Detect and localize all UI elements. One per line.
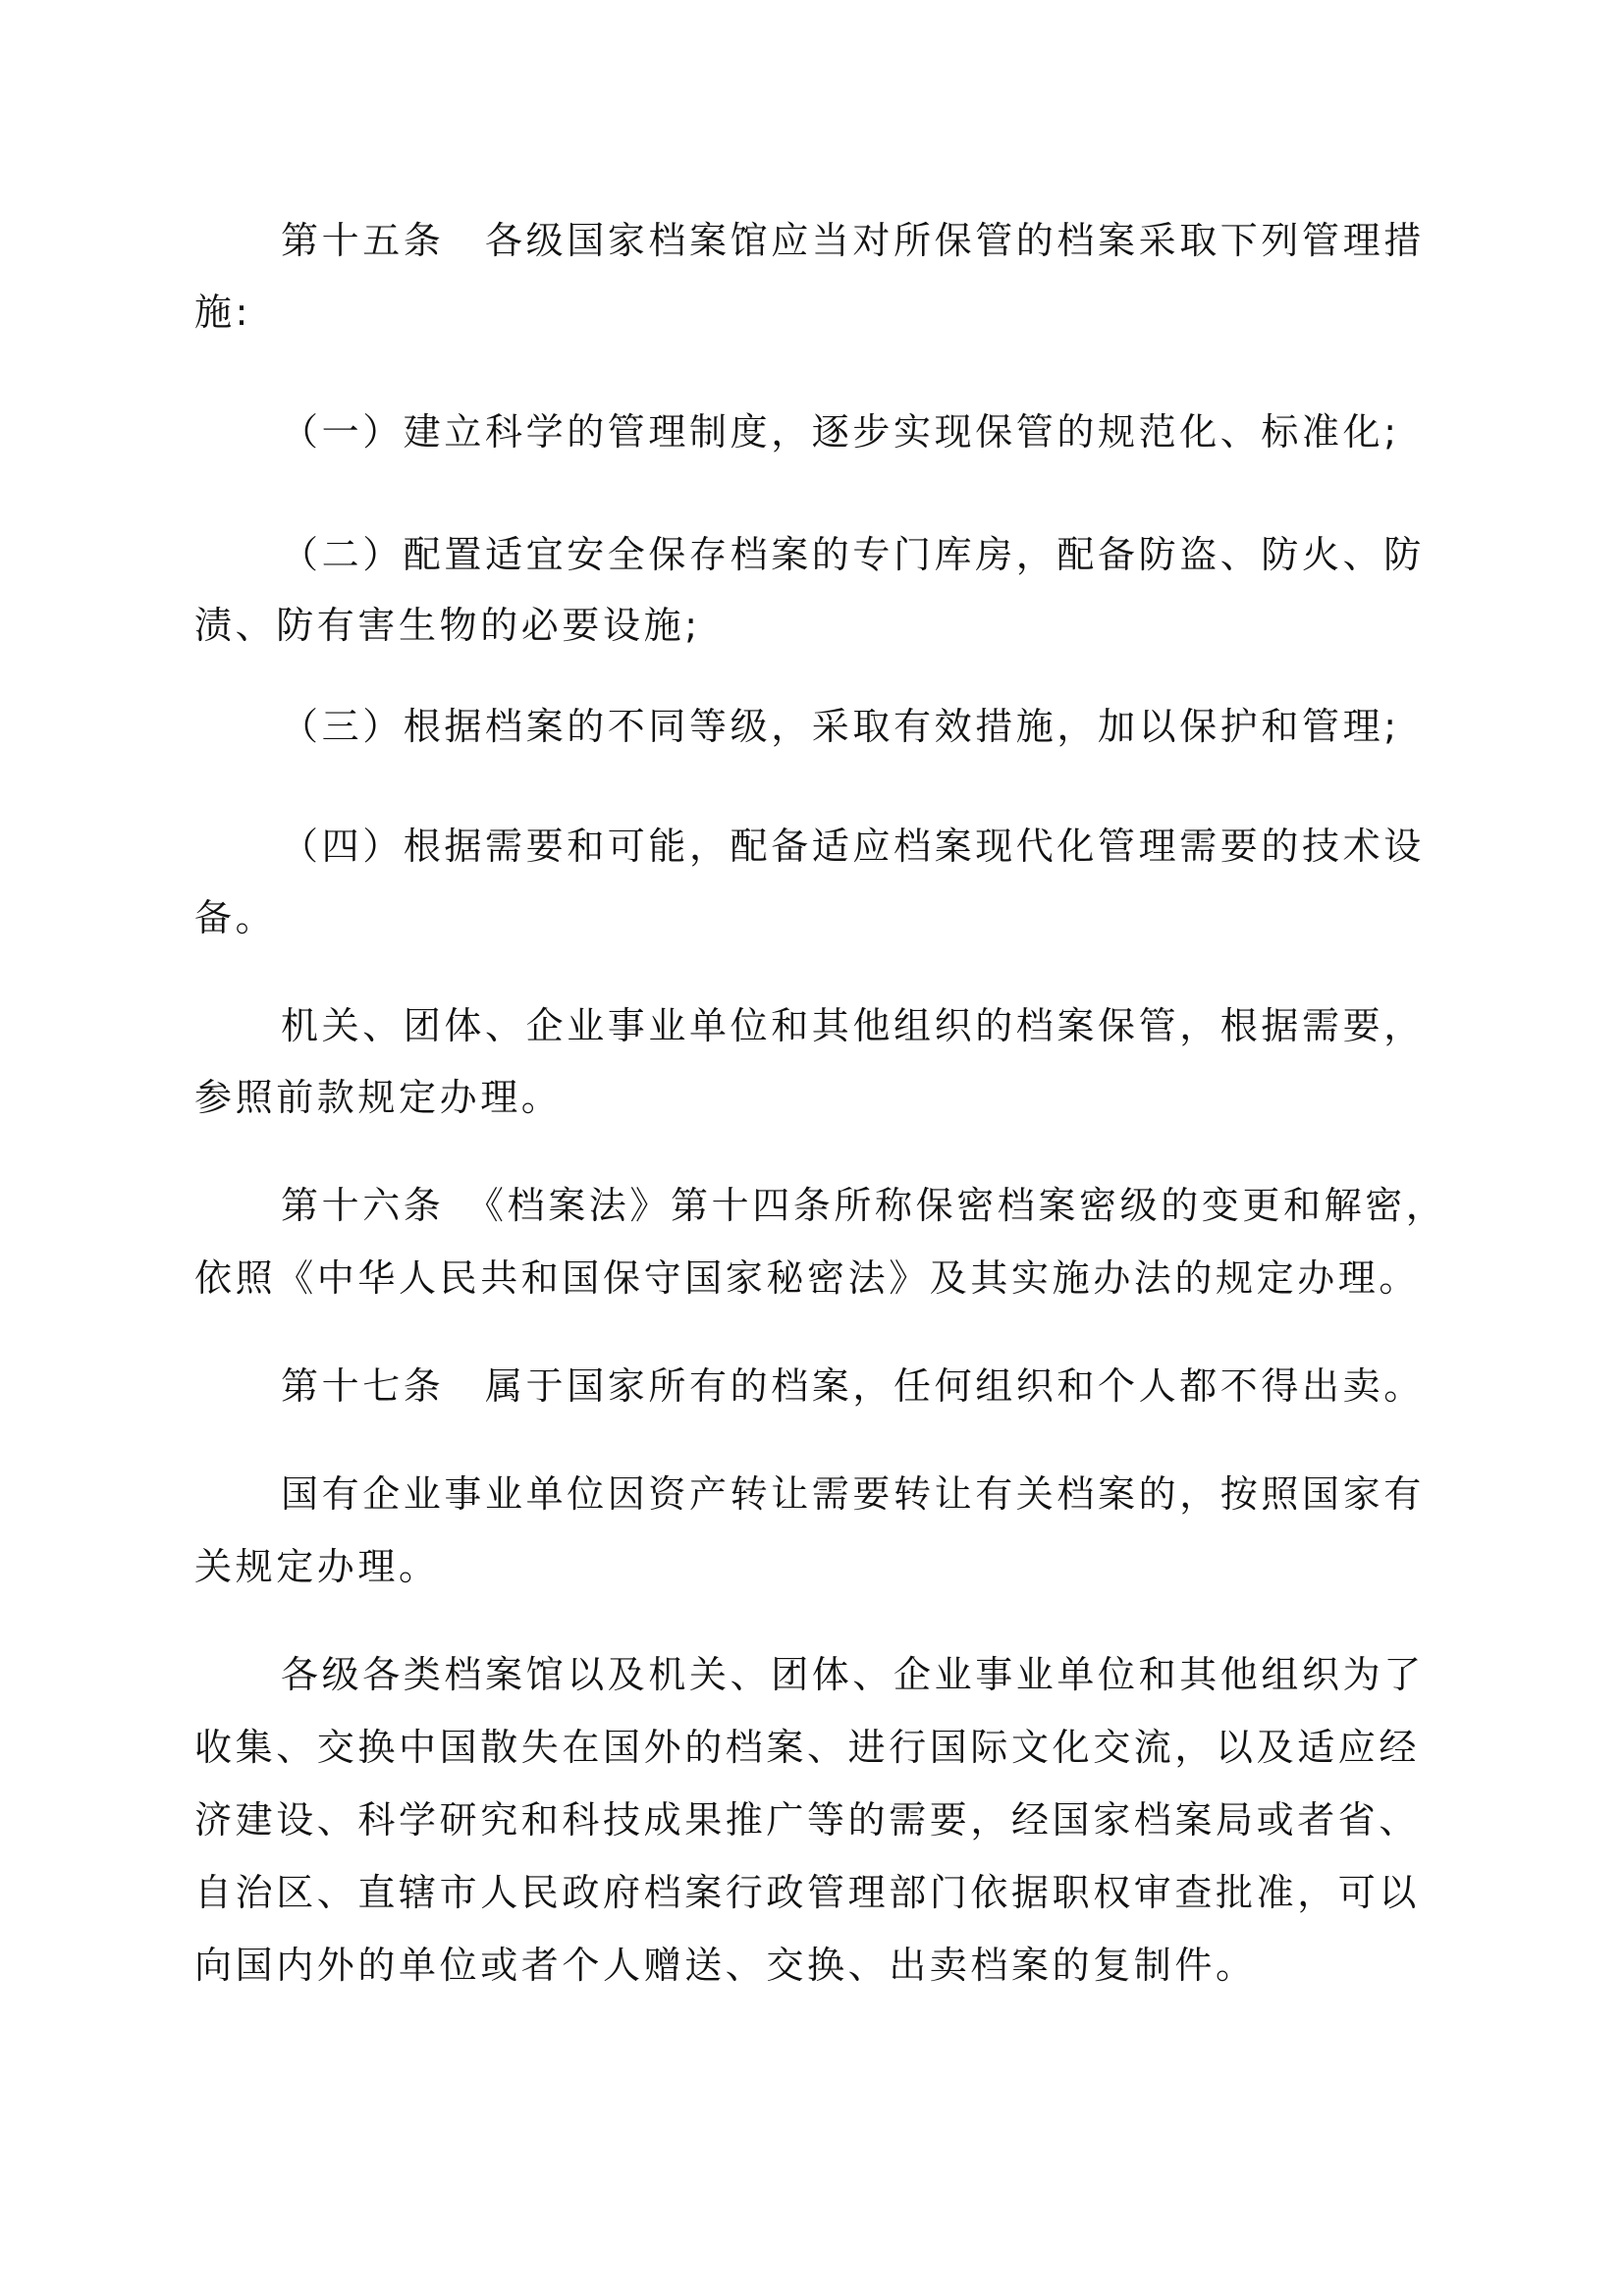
article-15-item-2-line-1: （二）配置适宜安全保存档案的专门库房，配备防盗、防火、防 <box>281 532 1425 577</box>
article-16-line-1: 第十六条 《档案法》第十四条所称保密档案密级的变更和解密， <box>281 1183 1446 1228</box>
article-15-paragraph-2-line-1: 机关、团体、企业事业单位和其他组织的档案保管，根据需要， <box>281 1003 1425 1048</box>
article-15-line-2: 施: <box>194 290 251 335</box>
article-17-paragraph-2-line-2: 关规定办理。 <box>194 1544 440 1589</box>
article-15-item-4-line-1: （四）根据需要和可能，配备适应档案现代化管理需要的技术设 <box>281 824 1425 869</box>
article-15-item-3: （三）根据档案的不同等级，采取有效措施，加以保护和管理; <box>281 704 1400 749</box>
document-page: 第十五条 各级国家档案馆应当对所保管的档案采取下列管理措 施: （一）建立科学的… <box>0 0 1624 2296</box>
article-15-line-1: 第十五条 各级国家档案馆应当对所保管的档案采取下列管理措 <box>281 218 1425 263</box>
article-15-paragraph-2-line-2: 参照前款规定办理。 <box>194 1075 562 1120</box>
article-17-paragraph-3-line-4: 自治区、直辖市人民政府档案行政管理部门依据职权审查批准，可以 <box>194 1870 1420 1915</box>
article-17-paragraph-2-line-1: 国有企业事业单位因资产转让需要转让有关档案的，按照国家有 <box>281 1471 1425 1517</box>
article-15-item-1: （一）建立科学的管理制度，逐步实现保管的规范化、标准化; <box>281 409 1400 454</box>
article-17-line-1: 第十七条 属于国家所有的档案，任何组织和个人都不得出卖。 <box>281 1363 1425 1409</box>
article-17-paragraph-3-line-1: 各级各类档案馆以及机关、团体、企业事业单位和其他组织为了 <box>281 1652 1425 1697</box>
article-15-item-4-line-2: 备。 <box>194 895 276 940</box>
article-17-paragraph-3-line-2: 收集、交换中国散失在国外的档案、进行国际文化交流，以及适应经 <box>194 1725 1420 1770</box>
article-17-paragraph-3-line-3: 济建设、科学研究和科技成果推广等的需要，经国家档案局或者省、 <box>194 1797 1420 1842</box>
article-15-item-2-line-2: 渍、防有害生物的必要设施; <box>194 603 701 648</box>
article-16-line-2: 依照《中华人民共和国保守国家秘密法》及其实施办法的规定办理。 <box>194 1255 1420 1301</box>
article-17-paragraph-3-line-5: 向国内外的单位或者个人赠送、交换、出卖档案的复制件。 <box>194 1943 1257 1988</box>
